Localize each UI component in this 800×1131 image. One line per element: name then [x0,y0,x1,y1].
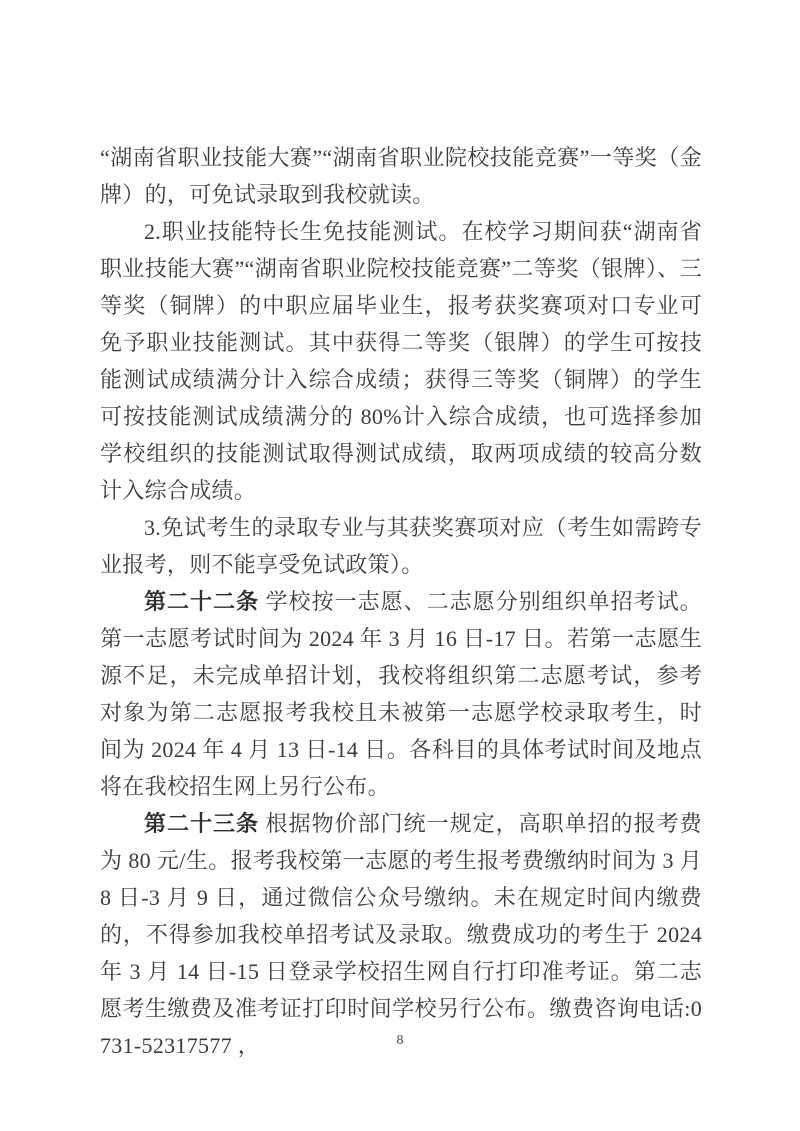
paragraph-text: “湖南省职业技能大赛”“湖南省职业院校技能竞赛”一等奖（金牌）的，可免试录取到我… [100,145,702,207]
page-number: 8 [0,1031,800,1051]
paragraph-text: 根据物价部门统一规定，高职单招的报考费为 80 元/生。报考我校第一志愿的考生报… [100,811,702,1058]
article-heading: 第二十三条 [144,811,259,836]
paragraph: 3.免试考生的录取专业与其获奖赛项对应（考生如需跨专业报考，则不能享受免试政策）… [100,509,702,583]
paragraph: 2.职业技能特长生免技能测试。在校学习期间获“湖南省职业技能大赛”“湖南省职业院… [100,213,702,509]
paragraph: 第二十二条 学校按一志愿、二志愿分别组织单招考试。第一志愿考试时间为 2024 … [100,583,702,805]
paragraph: 第二十三条 根据物价部门统一规定，高职单招的报考费为 80 元/生。报考我校第一… [100,805,702,1064]
paragraph-text: 学校按一志愿、二志愿分别组织单招考试。第一志愿考试时间为 2024 年 3 月 … [100,589,702,799]
article-heading: 第二十二条 [144,589,259,614]
paragraph-text: 3.免试考生的录取专业与其获奖赛项对应（考生如需跨专业报考，则不能享受免试政策）… [100,515,702,577]
document-page: “湖南省职业技能大赛”“湖南省职业院校技能竞赛”一等奖（金牌）的，可免试录取到我… [0,0,800,1131]
paragraph: “湖南省职业技能大赛”“湖南省职业院校技能竞赛”一等奖（金牌）的，可免试录取到我… [100,139,702,213]
paragraph-text: 2.职业技能特长生免技能测试。在校学习期间获“湖南省职业技能大赛”“湖南省职业院… [100,219,702,503]
document-body: “湖南省职业技能大赛”“湖南省职业院校技能竞赛”一等奖（金牌）的，可免试录取到我… [100,139,702,1064]
